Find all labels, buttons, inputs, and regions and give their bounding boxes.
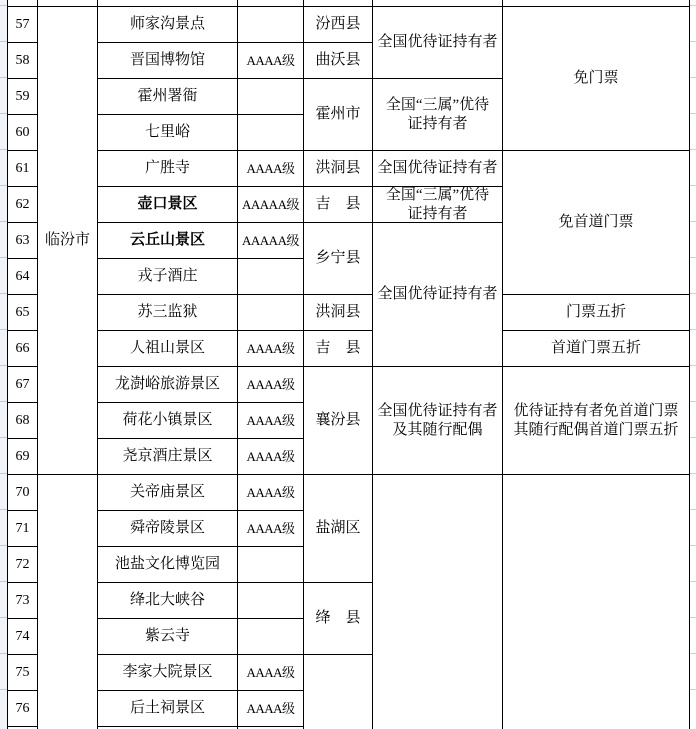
discount-cell: 优待证持有者免首道门票 其随行配偶首道门票五折 <box>502 366 690 474</box>
discount-cell: 免首道门票 <box>502 150 690 294</box>
rating-cell <box>237 546 303 582</box>
city-cell <box>37 474 97 729</box>
rating-cell: AAAA级 <box>237 654 303 690</box>
county-cell: 霍州市 <box>303 78 372 150</box>
rating-cell: AAAA级 <box>237 150 303 186</box>
county-cell: 襄汾县 <box>303 366 372 474</box>
county-cell: 曲沃县 <box>303 42 372 78</box>
row-number-cell: 65 <box>7 294 37 330</box>
county-cell: 乡宁县 <box>303 222 372 294</box>
row-number-cell: 63 <box>7 222 37 258</box>
attraction-name-cell: 尧京酒庄景区 <box>97 438 237 474</box>
row-number-cell: 62 <box>7 186 37 222</box>
discount-cell: 免门票 <box>502 6 690 150</box>
eligibility-cell <box>372 474 502 729</box>
rating-cell: AAAA级 <box>237 438 303 474</box>
eligibility-cell: 全国“三属”优待 证持有者 <box>372 78 502 150</box>
attraction-name-cell: 广胜寺 <box>97 150 237 186</box>
row-number-cell: 67 <box>7 366 37 402</box>
county-cell: 绛 县 <box>303 582 372 654</box>
rating-cell: AAAAA级 <box>237 222 303 258</box>
attraction-name-cell: 绛北大峡谷 <box>97 582 237 618</box>
discount-policy-table: 57 58 59 60 61 62 63 64 65 66 67 68 69 7… <box>0 0 696 729</box>
rating-cell: AAAA级 <box>237 402 303 438</box>
attraction-name-cell: 苏三监狱 <box>97 294 237 330</box>
rating-cell: AAAAA级 <box>237 186 303 222</box>
attraction-name-cell: 紫云寺 <box>97 618 237 654</box>
rating-cell: AAAA级 <box>237 42 303 78</box>
attraction-name-cell: 人祖山景区 <box>97 330 237 366</box>
city-cell: 临汾市 <box>37 6 97 474</box>
right-gutter <box>690 0 696 729</box>
rating-cell <box>237 78 303 114</box>
row-number-cell: 58 <box>7 42 37 78</box>
county-cell: 吉 县 <box>303 330 372 366</box>
row-number-cell: 60 <box>7 114 37 150</box>
rating-cell: AAAA级 <box>237 366 303 402</box>
rating-cell <box>237 6 303 42</box>
county-cell <box>303 654 372 729</box>
attraction-name-cell: 七里峪 <box>97 114 237 150</box>
rating-cell: AAAA级 <box>237 474 303 510</box>
attraction-name-cell: 龙澍峪旅游景区 <box>97 366 237 402</box>
attraction-name-cell: 荷花小镇景区 <box>97 402 237 438</box>
eligibility-cell: 全国优待证持有者 <box>372 6 502 78</box>
attraction-name-cell: 晋国博物馆 <box>97 42 237 78</box>
row-number-cell: 68 <box>7 402 37 438</box>
discount-cell: 门票五折 <box>502 294 690 330</box>
row-number-cell: 74 <box>7 618 37 654</box>
county-cell: 洪洞县 <box>303 294 372 330</box>
row-number-cell: 75 <box>7 654 37 690</box>
row-number-cell: 71 <box>7 510 37 546</box>
eligibility-cell: 全国“三属”优待 证持有者 <box>372 186 502 222</box>
row-number-cell: 57 <box>7 6 37 42</box>
county-cell: 汾西县 <box>303 6 372 42</box>
eligibility-cell: 全国优待证持有者 <box>372 150 502 186</box>
row-number-cell: 70 <box>7 474 37 510</box>
row-number-cell: 61 <box>7 150 37 186</box>
row-number-cell: 73 <box>7 582 37 618</box>
rating-cell: AAAA级 <box>237 510 303 546</box>
row-number-cell: 59 <box>7 78 37 114</box>
attraction-name-cell: 云丘山景区 <box>97 222 237 258</box>
attraction-name-cell: 池盐文化博览园 <box>97 546 237 582</box>
rating-cell <box>237 258 303 294</box>
left-gutter <box>0 0 7 729</box>
rating-cell <box>237 114 303 150</box>
attraction-name-cell: 舜帝陵景区 <box>97 510 237 546</box>
rating-cell: AAAA级 <box>237 330 303 366</box>
attraction-name-cell: 师家沟景点 <box>97 6 237 42</box>
discount-cell <box>502 474 690 729</box>
county-cell: 盐湖区 <box>303 474 372 582</box>
row-number-cell: 64 <box>7 258 37 294</box>
county-cell: 洪洞县 <box>303 150 372 186</box>
attraction-name-cell: 霍州署衙 <box>97 78 237 114</box>
rating-cell: AAAA级 <box>237 690 303 726</box>
attraction-name-cell: 后土祠景区 <box>97 690 237 726</box>
row-number-cell: 66 <box>7 330 37 366</box>
rating-cell <box>237 294 303 330</box>
eligibility-cell: 全国优待证持有者 及其随行配偶 <box>372 366 502 474</box>
attraction-name-cell: 壶口景区 <box>97 186 237 222</box>
spreadsheet-screenshot: 57 58 59 60 61 62 63 64 65 66 67 68 69 7… <box>0 0 696 729</box>
attraction-name-cell: 关帝庙景区 <box>97 474 237 510</box>
row-number-cell: 69 <box>7 438 37 474</box>
attraction-name-cell: 戎子酒庄 <box>97 258 237 294</box>
discount-cell: 首道门票五折 <box>502 330 690 366</box>
county-cell: 吉 县 <box>303 186 372 222</box>
rating-cell <box>237 618 303 654</box>
row-number-cell: 72 <box>7 546 37 582</box>
eligibility-cell: 全国优待证持有者 <box>372 222 502 366</box>
attraction-name-cell: 李家大院景区 <box>97 654 237 690</box>
row-number-cell: 76 <box>7 690 37 726</box>
rating-cell <box>237 582 303 618</box>
